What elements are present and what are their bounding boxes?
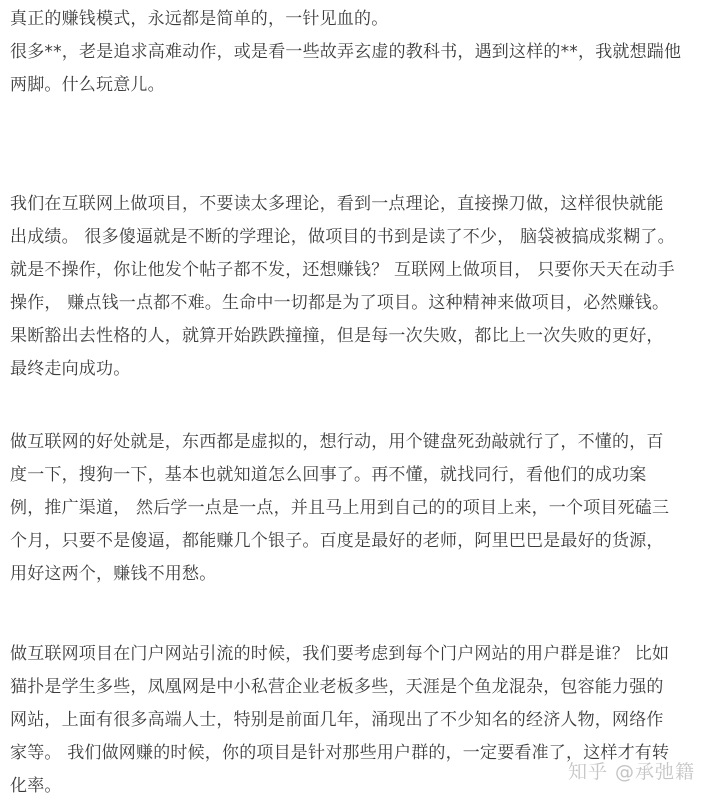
text-line: 操作， 赚点钱一点都不难。生命中一切都是为了项目。这种精神来做项目，必然赚钱。 — [10, 287, 716, 320]
paragraph-2: 我们在互联网上做项目，不要读太多理论，看到一点理论，直接操刀做，这样很快就能 出… — [10, 188, 716, 386]
text-line: 猫扑是学生多些，凤凰网是中小私营企业老板多些，天涯是个鱼龙混杂，包容能力强的 — [10, 671, 716, 704]
text-line: 真正的赚钱模式，永远都是简单的，一针见血的。 — [10, 3, 716, 36]
text-line: 用好这两个，赚钱不用愁。 — [10, 558, 716, 591]
text-line: 度一下，搜狗一下，基本也就知道怎么回事了。再不懂，就找同行，看他们的成功案 — [10, 459, 716, 492]
text-line: 出成绩。 很多傻逼就是不断的学理论，做项目的书到是读了不少， 脑袋被搞成浆糊了。 — [10, 221, 716, 254]
paragraph-1: 真正的赚钱模式，永远都是简单的，一针见血的。 很多**，老是追求高难动作，或是看… — [10, 3, 716, 102]
text-line: 个月，只要不是傻逼，都能赚几个银子。百度是最好的老师，阿里巴巴是最好的货源， — [10, 525, 716, 558]
text-line: 很多**，老是追求高难动作，或是看一些故弄玄虚的教科书，遇到这样的**，我就想踹… — [10, 36, 716, 69]
text-line: 最终走向成功。 — [10, 353, 716, 386]
text-line: 就是不操作，你让他发个帖子都不发，还想赚钱？ 互联网上做项目， 只要你天天在动手 — [10, 254, 716, 287]
text-line: 做互联网的好处就是，东西都是虚拟的，想行动，用个键盘死劲敲就行了，不懂的，百 — [10, 426, 716, 459]
text-line: 做互联网项目在门户网站引流的时候，我们要考虑到每个门户网站的用户群是谁？ 比如 — [10, 638, 716, 671]
text-line: 例，推广渠道， 然后学一点是一点，并且马上用到自己的的项目上来，一个项目死磕三 — [10, 492, 716, 525]
text-line: 我们在互联网上做项目，不要读太多理论，看到一点理论，直接操刀做，这样很快就能 — [10, 188, 716, 221]
text-line: 果断豁出去性格的人，就算开始跌跌撞撞，但是每一次失败，都比上一次失败的更好， — [10, 320, 716, 353]
text-line: 网站，上面有很多高端人士，特别是前面几年，涌现出了不少知名的经济人物，网络作 — [10, 704, 716, 737]
zhihu-watermark: 知乎 @承弛籍 — [568, 757, 695, 784]
text-line: 两脚。什么玩意儿。 — [10, 69, 716, 102]
paragraph-3: 做互联网的好处就是，东西都是虚拟的，想行动，用个键盘死劲敲就行了，不懂的，百 度… — [10, 426, 716, 591]
